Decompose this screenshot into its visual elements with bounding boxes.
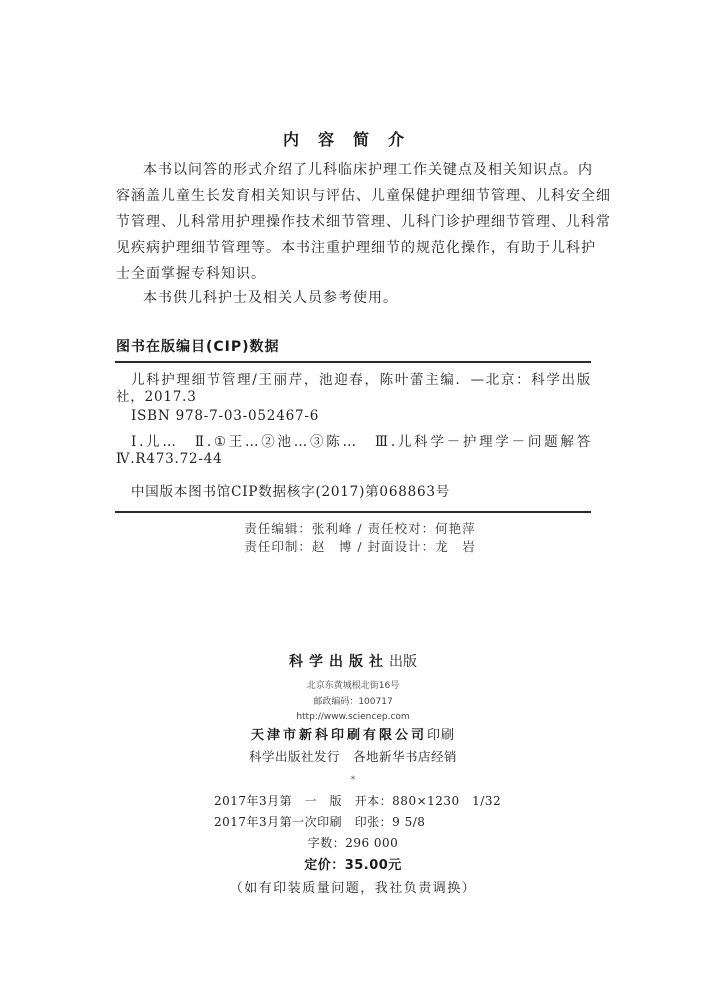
cip-isbn: ISBN 978-7-03-052467-6 [131,407,319,425]
publisher-address: 北京东黄城根北街16号 [0,680,706,693]
publisher-line: 科学出版社出版 [0,652,706,672]
publisher-suffix: 出版 [389,654,417,670]
edition-line: 2017年3月第 一 版 开本：880×1230 1/32 [214,793,501,810]
cip-entry-line: 儿科护理细节管理/王丽芹，池迎春，陈叶蕾主编．—北京：科学出版 [131,371,591,389]
summary-title: 内容简介 [0,128,706,152]
summary-line: 见疾病护理细节管理等。本书注重护理细节的规范化操作，有助于儿科护 [116,238,591,258]
publisher-postcode: 邮政编码：100717 [0,696,706,709]
cip-subjects-line: Ⅰ.儿… Ⅱ.①王…②池…③陈… Ⅲ.儿科学－护理学－问题解答 [131,433,591,451]
printer-name: 天津市新科印刷有限公司 [251,728,427,743]
price: 定价：35.00元 [0,857,706,875]
quality-note: （如有印装质量问题，我社负责调换） [0,880,706,898]
cip-bottom-rule [115,511,591,513]
cip-header: 图书在版编目(CIP)数据 [116,337,280,357]
cip-entry-line: 社，2017.3 [116,388,197,406]
summary-line: 容涵盖儿童生长发育相关知识与评估、儿童保健护理细节管理、儿科安全细 [116,186,591,206]
summary-line: 本书以问答的形式介绍了儿科临床护理工作关键点及相关知识点。内 [143,160,591,180]
cip-top-rule [115,361,591,363]
printer-line: 天津市新科印刷有限公司印刷 [0,727,706,745]
staff-production: 责任印制：赵 博 / 封面设计：龙 岩 [0,538,720,555]
cip-subjects-line: Ⅳ.R473.72-44 [116,450,223,468]
summary-line: 士全面掌握专科知识。 [116,264,591,284]
cip-number: 中国版本图书馆CIP数据核字(2017)第068863号 [131,483,450,501]
printing-line: 2017年3月第一次印刷 印张：9 5/8 [214,814,425,831]
staff-editors: 责任编辑：张利峰 / 责任校对：何艳萍 [0,520,720,537]
publisher-website: http://www.sciencep.com [0,711,706,724]
publisher-name: 科学出版社 [289,654,389,670]
separator-star-icon: * [0,775,706,785]
distribution-line: 科学出版社发行 各地新华书店经销 [0,748,706,766]
word-count: 字数：296 000 [0,835,706,852]
summary-line: 节管理、儿科常用护理操作技术细节管理、儿科门诊护理细节管理、儿科常 [116,212,591,232]
printer-suffix: 印刷 [427,728,455,743]
summary-line: 本书供儿科护士及相关人员参考使用。 [143,288,591,308]
